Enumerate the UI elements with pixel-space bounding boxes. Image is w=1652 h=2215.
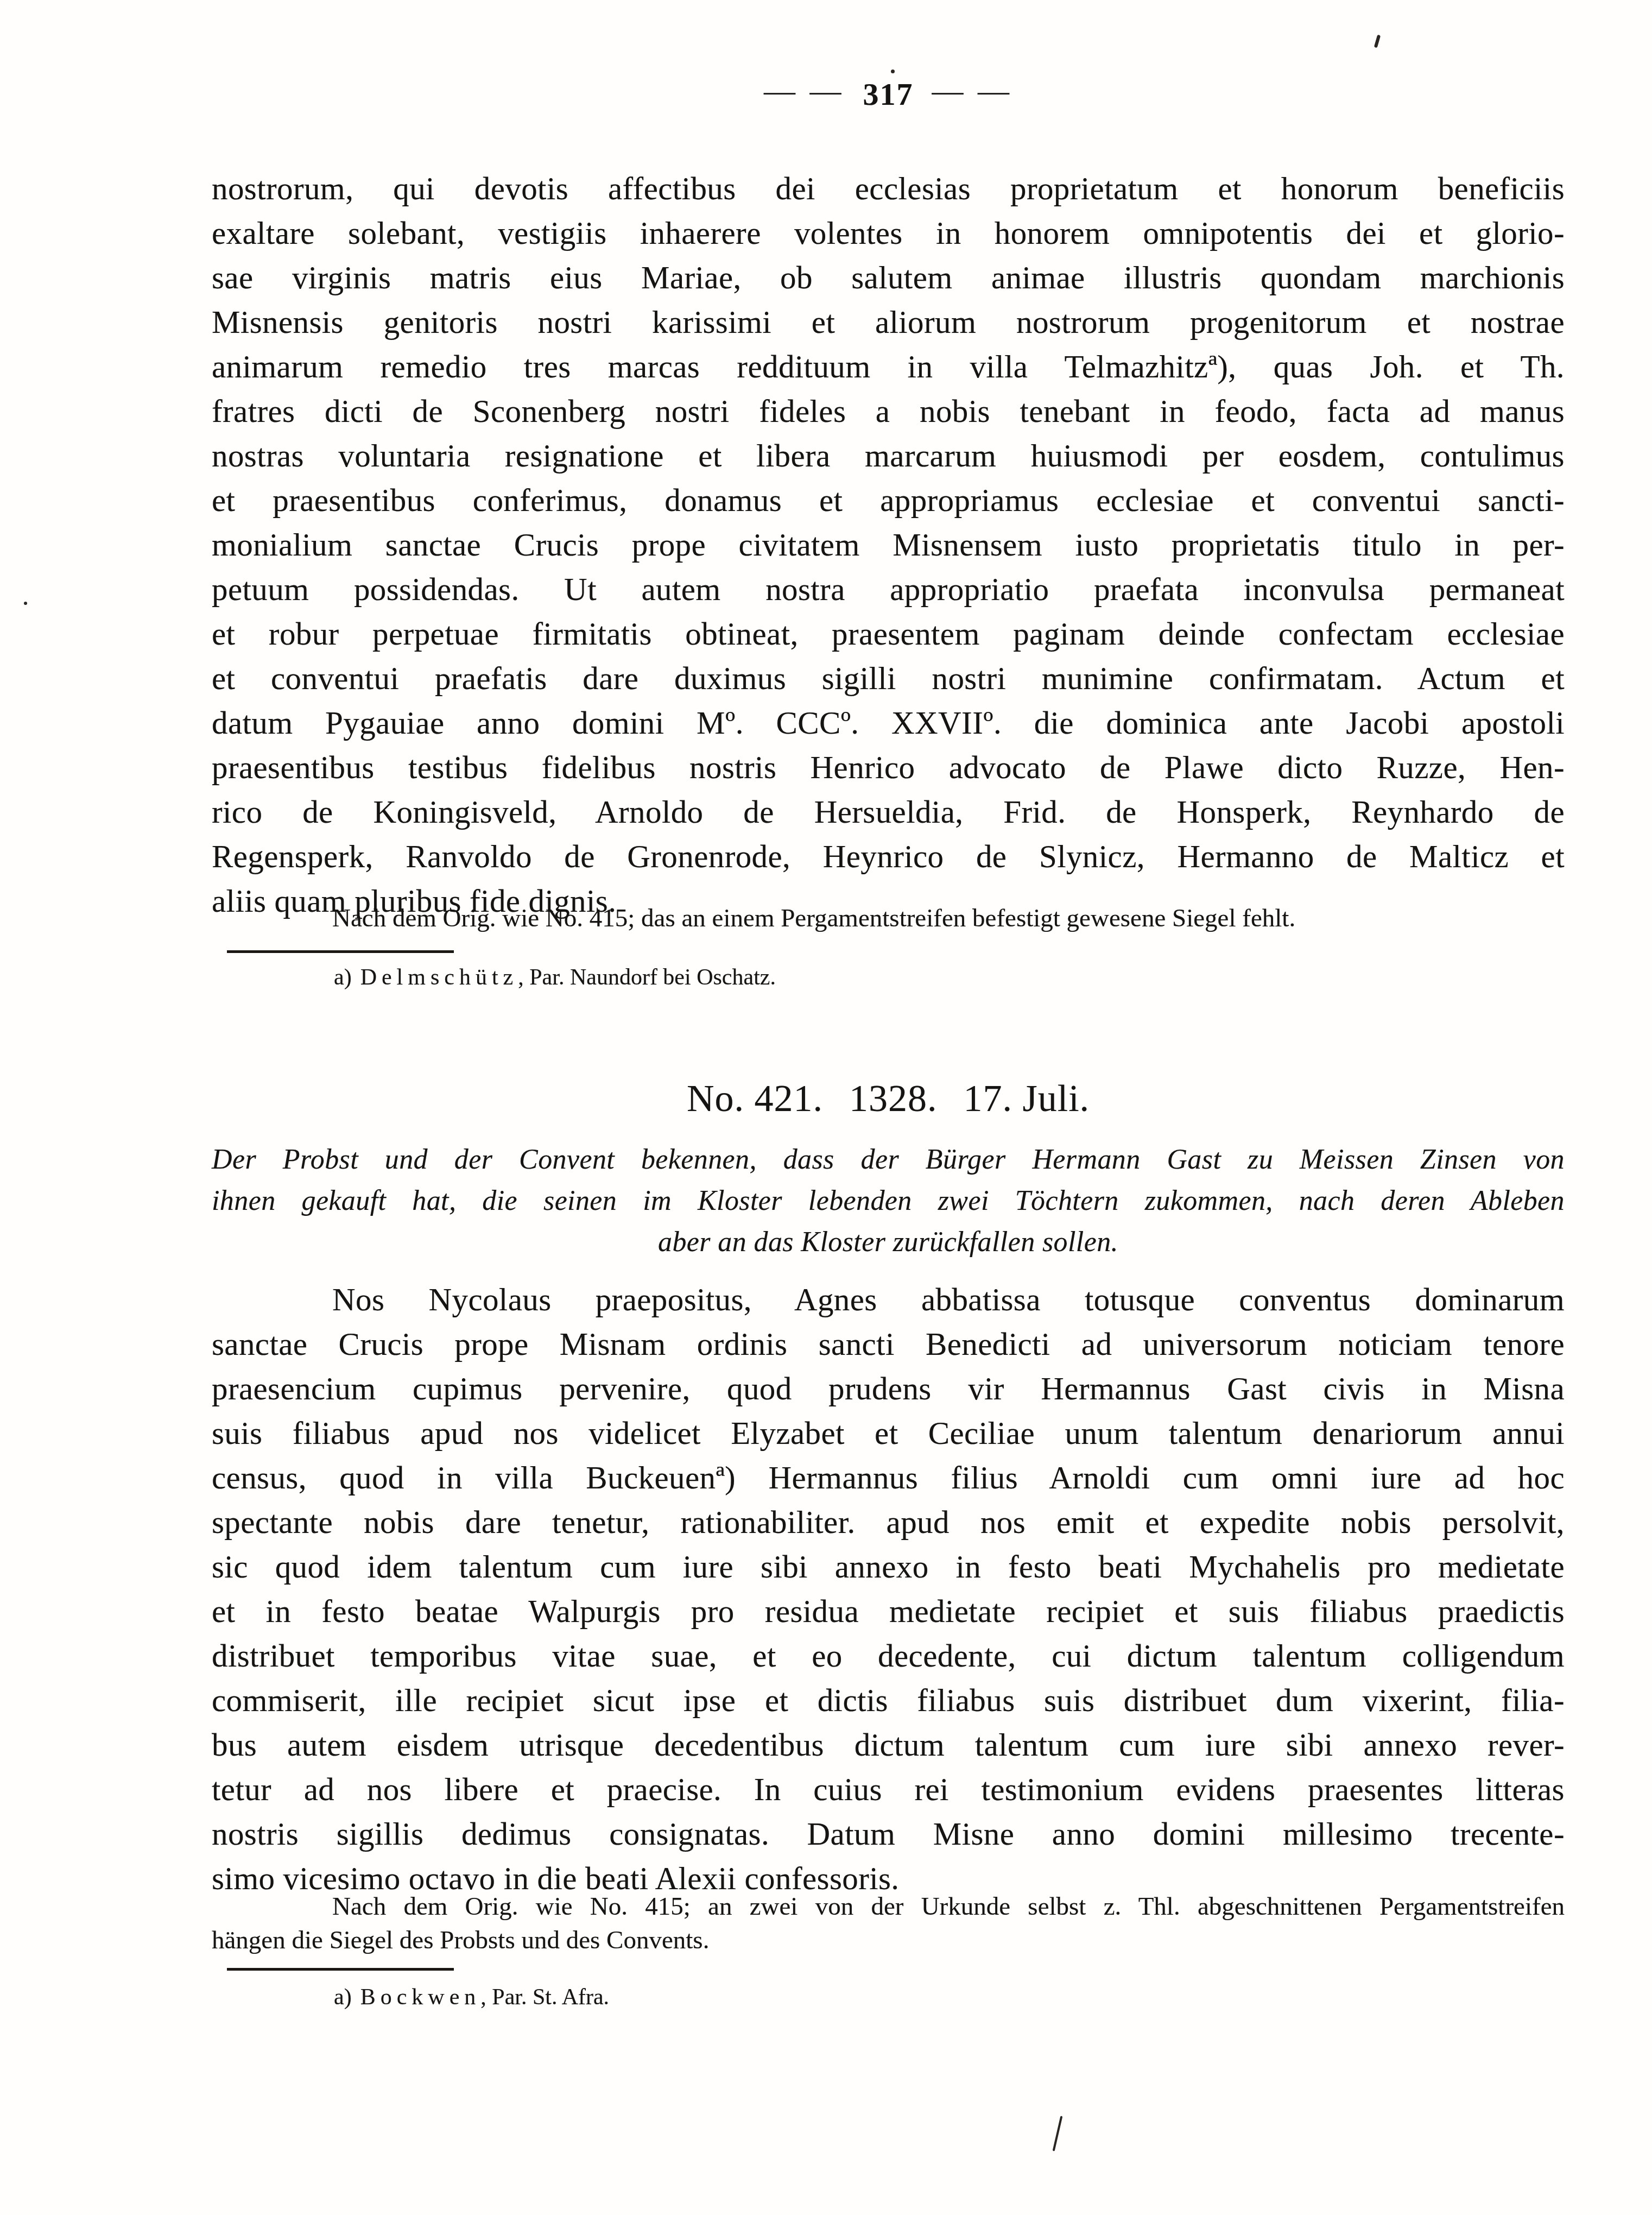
- charter-year: 1328.: [849, 1078, 938, 1120]
- text-line: nostrorum, qui devotis affectibus dei ec…: [212, 166, 1565, 211]
- charter-number: No. 421.: [687, 1078, 823, 1120]
- header-dash-right: — —: [932, 73, 1013, 108]
- source-note: Nach dem Orig. wie No. 415; an zwei von …: [212, 1890, 1565, 1957]
- text-line: animarum remedio tres marcas reddituum i…: [212, 344, 1565, 389]
- source-note-line: hängen die Siegel des Probsts und des Co…: [212, 1923, 1565, 1957]
- charter-body: Nos Nycolaus praepositus, Agnes abbatiss…: [212, 1277, 1565, 1901]
- charter-heading: No. 421.1328.17. Juli.: [212, 1077, 1565, 1121]
- text-line: nostras voluntaria resignatione et liber…: [212, 433, 1565, 478]
- text-line: commiserit, ille recipiet sicut ipse et …: [212, 1678, 1565, 1722]
- footnote-text: , Par. Naundorf bei Oschatz.: [518, 965, 776, 990]
- text-line: suis filiabus apud nos videlicet Elyzabe…: [212, 1411, 1565, 1455]
- text-line: sae virginis matris eius Mariae, ob salu…: [212, 255, 1565, 300]
- text-line: exaltare solebant, vestigiis inhaerere v…: [212, 211, 1565, 255]
- charter-date: 17. Juli.: [963, 1078, 1090, 1120]
- text-line: et conventui praefatis dare duximus sigi…: [212, 656, 1565, 701]
- text-line: census, quod in villa Buckeuenª) Hermann…: [212, 1455, 1565, 1500]
- scan-artifact: [1374, 35, 1381, 48]
- text-line: datum Pygauiae anno domini Mº. CCCº. XXV…: [212, 701, 1565, 745]
- text-line: et robur perpetuae firmitatis obtineat, …: [212, 611, 1565, 656]
- footnote-rule: [227, 1968, 454, 1971]
- text-line: et in festo beatae Walpurgis pro residua…: [212, 1589, 1565, 1633]
- footnote-place-name: Bockwen: [360, 1985, 481, 2010]
- text-line: nostris sigillis dedimus consignatas. Da…: [212, 1812, 1565, 1856]
- text-line: rico de Koningisveld, Arnoldo de Hersuel…: [212, 790, 1565, 834]
- footnote-marker: a): [334, 1985, 352, 2010]
- summary-line: aber an das Kloster zurückfallen sollen.: [212, 1222, 1565, 1263]
- summary-line: ihnen gekauft hat, die seinen im Kloster…: [212, 1181, 1565, 1222]
- page-number: 317: [863, 77, 914, 112]
- footnote-place-name: Delmschütz: [360, 965, 518, 990]
- text-line: Misnensis genitoris nostri karissimi et …: [212, 300, 1565, 344]
- charter-continuation-body: nostrorum, qui devotis affectibus dei ec…: [212, 166, 1565, 923]
- scanned-book-page: — —317— — nostrorum, qui devotis affecti…: [0, 0, 1652, 2215]
- text-line: spectante nobis dare tenetur, rationabil…: [212, 1500, 1565, 1544]
- footnote-rule: [227, 950, 454, 953]
- text-line: et praesentibus conferimus, donamus et a…: [212, 478, 1565, 522]
- footnote: a)Bockwen, Par. St. Afra.: [212, 1982, 1652, 2012]
- header-dash-left: — —: [764, 73, 845, 108]
- text-line: praesentibus testibus fidelibus nostris …: [212, 745, 1565, 790]
- text-line: monialium sanctae Crucis prope civitatem…: [212, 522, 1565, 567]
- text-line: tetur ad nos libere et praecise. In cuiu…: [212, 1767, 1565, 1812]
- charter-summary: Der Probst und der Convent bekennen, das…: [212, 1139, 1565, 1263]
- text-line: distribuet temporibus vitae suae, et eo …: [212, 1633, 1565, 1678]
- summary-line: Der Probst und der Convent bekennen, das…: [212, 1139, 1565, 1181]
- footnote-text: , Par. St. Afra.: [480, 1985, 609, 2010]
- scan-artifact: [1053, 2116, 1063, 2151]
- source-note-line: Nach dem Orig. wie No. 415; das an einem…: [212, 901, 1565, 935]
- source-note-line: Nach dem Orig. wie No. 415; an zwei von …: [212, 1890, 1565, 1923]
- scan-artifact: [891, 70, 895, 73]
- text-line: Nos Nycolaus praepositus, Agnes abbatiss…: [212, 1277, 1565, 1322]
- text-line: sanctae Crucis prope Misnam ordinis sanc…: [212, 1322, 1565, 1366]
- footnote: a)Delmschütz, Par. Naundorf bei Oschatz.: [212, 962, 1652, 993]
- text-line: bus autem eisdem utrisque decedentibus d…: [212, 1722, 1565, 1767]
- footnote-marker: a): [334, 965, 352, 990]
- text-line: sic quod idem talentum cum iure sibi ann…: [212, 1544, 1565, 1589]
- text-line: praesencium cupimus pervenire, quod prud…: [212, 1366, 1565, 1411]
- source-note: Nach dem Orig. wie No. 415; das an einem…: [212, 901, 1565, 935]
- scan-artifact: [24, 602, 27, 605]
- text-line: petuum possidendas. Ut autem nostra appr…: [212, 567, 1565, 611]
- page-header: — —317— —: [212, 77, 1565, 112]
- text-line: Regensperk, Ranvoldo de Gronenrode, Heyn…: [212, 834, 1565, 879]
- text-line: fratres dicti de Sconenberg nostri fidel…: [212, 389, 1565, 433]
